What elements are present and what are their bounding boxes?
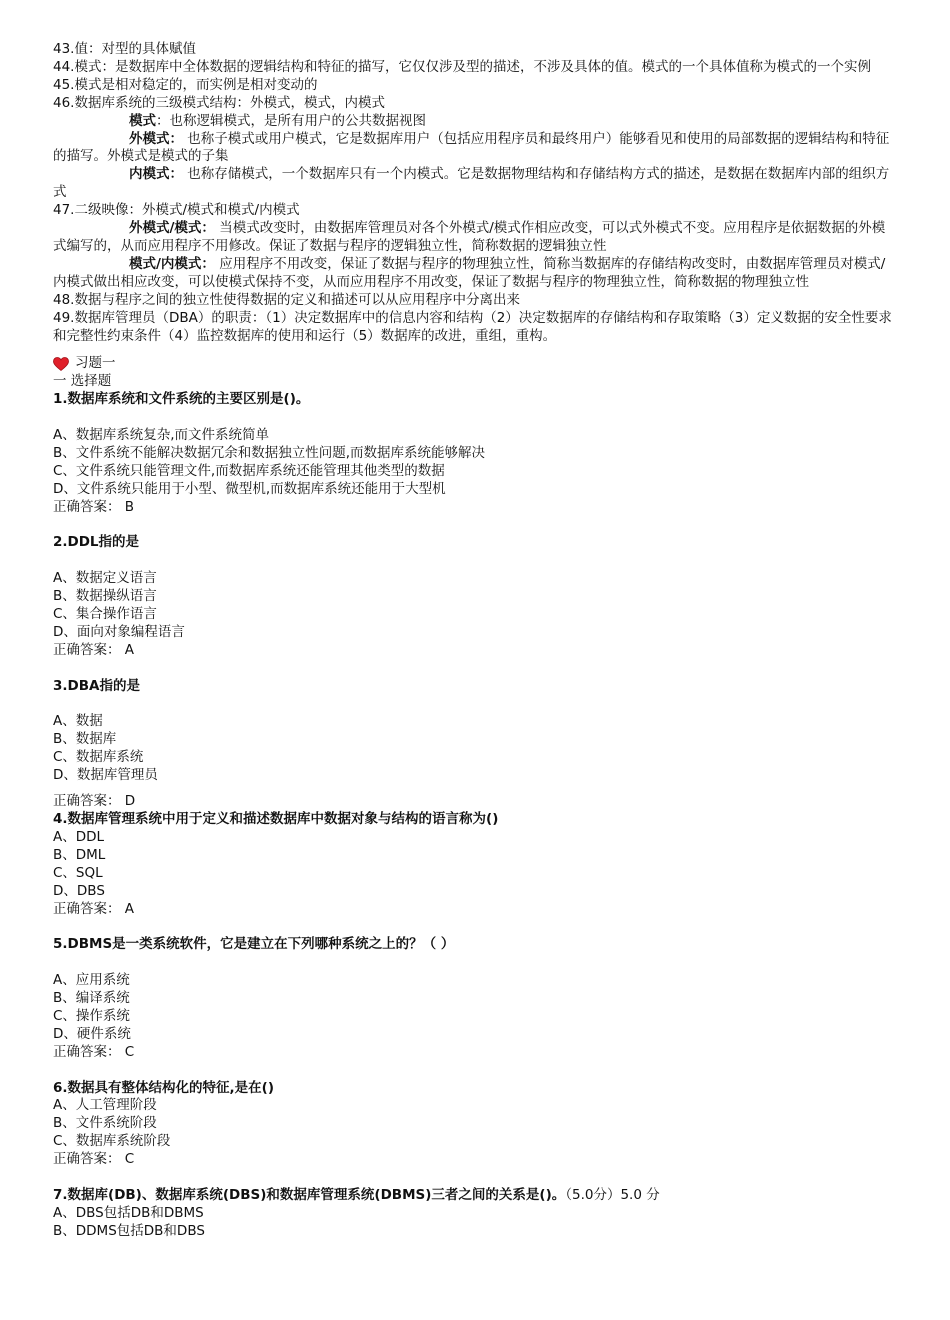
option-d: D、DBS	[53, 883, 893, 901]
question-2: 2.DDL指的是 A、数据定义语言 B、数据操纵语言 C、集合操作语言 D、面向…	[53, 534, 893, 659]
question-stem-row: 7.数据库(DB)、数据库系统(DBS)和数据库管理系统(DBMS)三者之间的关…	[53, 1187, 893, 1205]
option-d: D、硬件系统	[53, 1026, 893, 1044]
correct-answer: 正确答案： C	[53, 1151, 893, 1169]
question-stem: 6.数据具有整体结构化的特征,是在()	[53, 1080, 893, 1098]
question-7: 7.数据库(DB)、数据库系统(DBS)和数据库管理系统(DBMS)三者之间的关…	[53, 1187, 893, 1241]
option-b: B、数据库	[53, 731, 893, 749]
option-c: C、数据库系统	[53, 749, 893, 767]
term-label: 内模式：	[129, 166, 183, 182]
correct-answer: 正确答案： D	[53, 793, 893, 811]
note-46-schema: 模式：也称逻辑模式，是所有用户的公共数据视图	[53, 113, 893, 131]
note-45: 45.模式是相对稳定的，而实例是相对变动的	[53, 77, 893, 95]
answer-value: C	[125, 1151, 134, 1167]
option-c: C、数据库系统阶段	[53, 1133, 893, 1151]
note-49: 49.数据库管理员（DBA）的职责：（1）决定数据库中的信息内容和结构（2）决定…	[53, 310, 893, 346]
note-48: 48.数据与程序之间的独立性使得数据的定义和描述可以从应用程序中分离出来	[53, 292, 893, 310]
answer-label: 正确答案：	[53, 793, 121, 809]
option-c: C、操作系统	[53, 1008, 893, 1026]
correct-answer: 正确答案： A	[53, 901, 893, 919]
correct-answer: 正确答案： C	[53, 1044, 893, 1062]
note-46-internal-schema: 内模式： 也称存储模式，一个数据库只有一个内模式。它是数据物理结构和存储结构方式…	[53, 166, 893, 202]
note-47-internal-mapping: 模式/内模式： 应用程序不用改变，保证了数据与程序的物理独立性，简称当数据库的存…	[53, 256, 893, 292]
question-4: 4.数据库管理系统中用于定义和描述数据库中数据对象与结构的语言称为() A、DD…	[53, 811, 893, 918]
correct-answer: 正确答案： B	[53, 499, 893, 517]
option-a: A、人工管理阶段	[53, 1097, 893, 1115]
option-d: D、文件系统只能用于小型、微型机,而数据库系统还能用于大型机	[53, 481, 893, 499]
option-b: B、编译系统	[53, 990, 893, 1008]
option-b: B、DML	[53, 847, 893, 865]
option-d: D、面向对象编程语言	[53, 624, 893, 642]
option-c: C、集合操作语言	[53, 606, 893, 624]
answer-label: 正确答案：	[53, 901, 121, 917]
question-3: 3.DBA指的是 A、数据 B、数据库 C、数据库系统 D、数据库管理员 正确答…	[53, 678, 893, 811]
term-label: 外模式/模式：	[129, 220, 215, 236]
option-a: A、应用系统	[53, 972, 893, 990]
option-a: A、数据	[53, 713, 893, 731]
option-a: A、数据库系统复杂,而文件系统简单	[53, 427, 893, 445]
term-label: 外模式：	[129, 131, 183, 147]
answer-value: C	[125, 1044, 134, 1060]
question-5: 5.DBMS是一类系统软件，它是建立在下列哪种系统之上的？（ ） A、应用系统 …	[53, 936, 893, 1061]
heart-icon	[53, 357, 69, 371]
term-label: 模式	[129, 113, 156, 129]
exercise-title: 习题一	[75, 355, 116, 373]
question-6: 6.数据具有整体结构化的特征,是在() A、人工管理阶段 B、文件系统阶段 C、…	[53, 1080, 893, 1170]
note-47-external-mapping: 外模式/模式： 当模式改变时，由数据库管理员对各个外模式/模式作相应改变，可以式…	[53, 220, 893, 256]
answer-value: A	[125, 642, 134, 658]
term-label: 模式/内模式：	[129, 256, 215, 272]
answer-value: D	[125, 793, 135, 809]
answer-label: 正确答案：	[53, 642, 121, 658]
note-47: 47.二级映像：外模式/模式和模式/内模式	[53, 202, 893, 220]
option-a: A、DDL	[53, 829, 893, 847]
question-stem: 7.数据库(DB)、数据库系统(DBS)和数据库管理系统(DBMS)三者之间的关…	[53, 1187, 565, 1203]
question-stem: 4.数据库管理系统中用于定义和描述数据库中数据对象与结构的语言称为()	[53, 811, 893, 829]
option-b: B、文件系统不能解决数据冗余和数据独立性问题,而数据库系统能够解决	[53, 445, 893, 463]
option-c: C、SQL	[53, 865, 893, 883]
question-stem: 1.数据库系统和文件系统的主要区别是()。	[53, 391, 893, 409]
answer-label: 正确答案：	[53, 1044, 121, 1060]
option-a: A、DBS包括DB和DBMS	[53, 1205, 893, 1223]
question-score: （5.0分）5.0 分	[565, 1187, 659, 1203]
note-43: 43.值：对型的具体赋值	[53, 41, 893, 59]
option-d: D、数据库管理员	[53, 767, 893, 785]
exercise-heading: 习题一	[53, 355, 893, 373]
answer-label: 正确答案：	[53, 1151, 121, 1167]
option-a: A、数据定义语言	[53, 570, 893, 588]
term-text: ：也称逻辑模式，是所有用户的公共数据视图	[156, 113, 426, 129]
note-46-external-schema: 外模式： 也称子模式或用户模式，它是数据库用户（包括应用程序员和最终用户）能够看…	[53, 131, 893, 167]
document-page: 43.值：对型的具体赋值 44.模式：是数据库中全体数据的逻辑结构和特征的描写，…	[53, 41, 893, 1241]
question-stem: 5.DBMS是一类系统软件，它是建立在下列哪种系统之上的？（ ）	[53, 936, 893, 954]
note-46: 46.数据库系统的三级模式结构：外模式，模式，内模式	[53, 95, 893, 113]
option-c: C、文件系统只能管理文件,而数据库系统还能管理其他类型的数据	[53, 463, 893, 481]
option-b: B、DDMS包括DB和DBS	[53, 1223, 893, 1241]
question-stem: 2.DDL指的是	[53, 534, 893, 552]
correct-answer: 正确答案： A	[53, 642, 893, 660]
section-title: 一 选择题	[53, 373, 893, 391]
option-b: B、数据操纵语言	[53, 588, 893, 606]
question-1: 1.数据库系统和文件系统的主要区别是()。 A、数据库系统复杂,而文件系统简单 …	[53, 391, 893, 516]
answer-label: 正确答案：	[53, 499, 121, 515]
question-stem: 3.DBA指的是	[53, 678, 893, 696]
note-44: 44.模式：是数据库中全体数据的逻辑结构和特征的描写，它仅仅涉及型的描述，不涉及…	[53, 59, 893, 77]
answer-value: B	[125, 499, 134, 515]
answer-value: A	[125, 901, 134, 917]
option-b: B、文件系统阶段	[53, 1115, 893, 1133]
